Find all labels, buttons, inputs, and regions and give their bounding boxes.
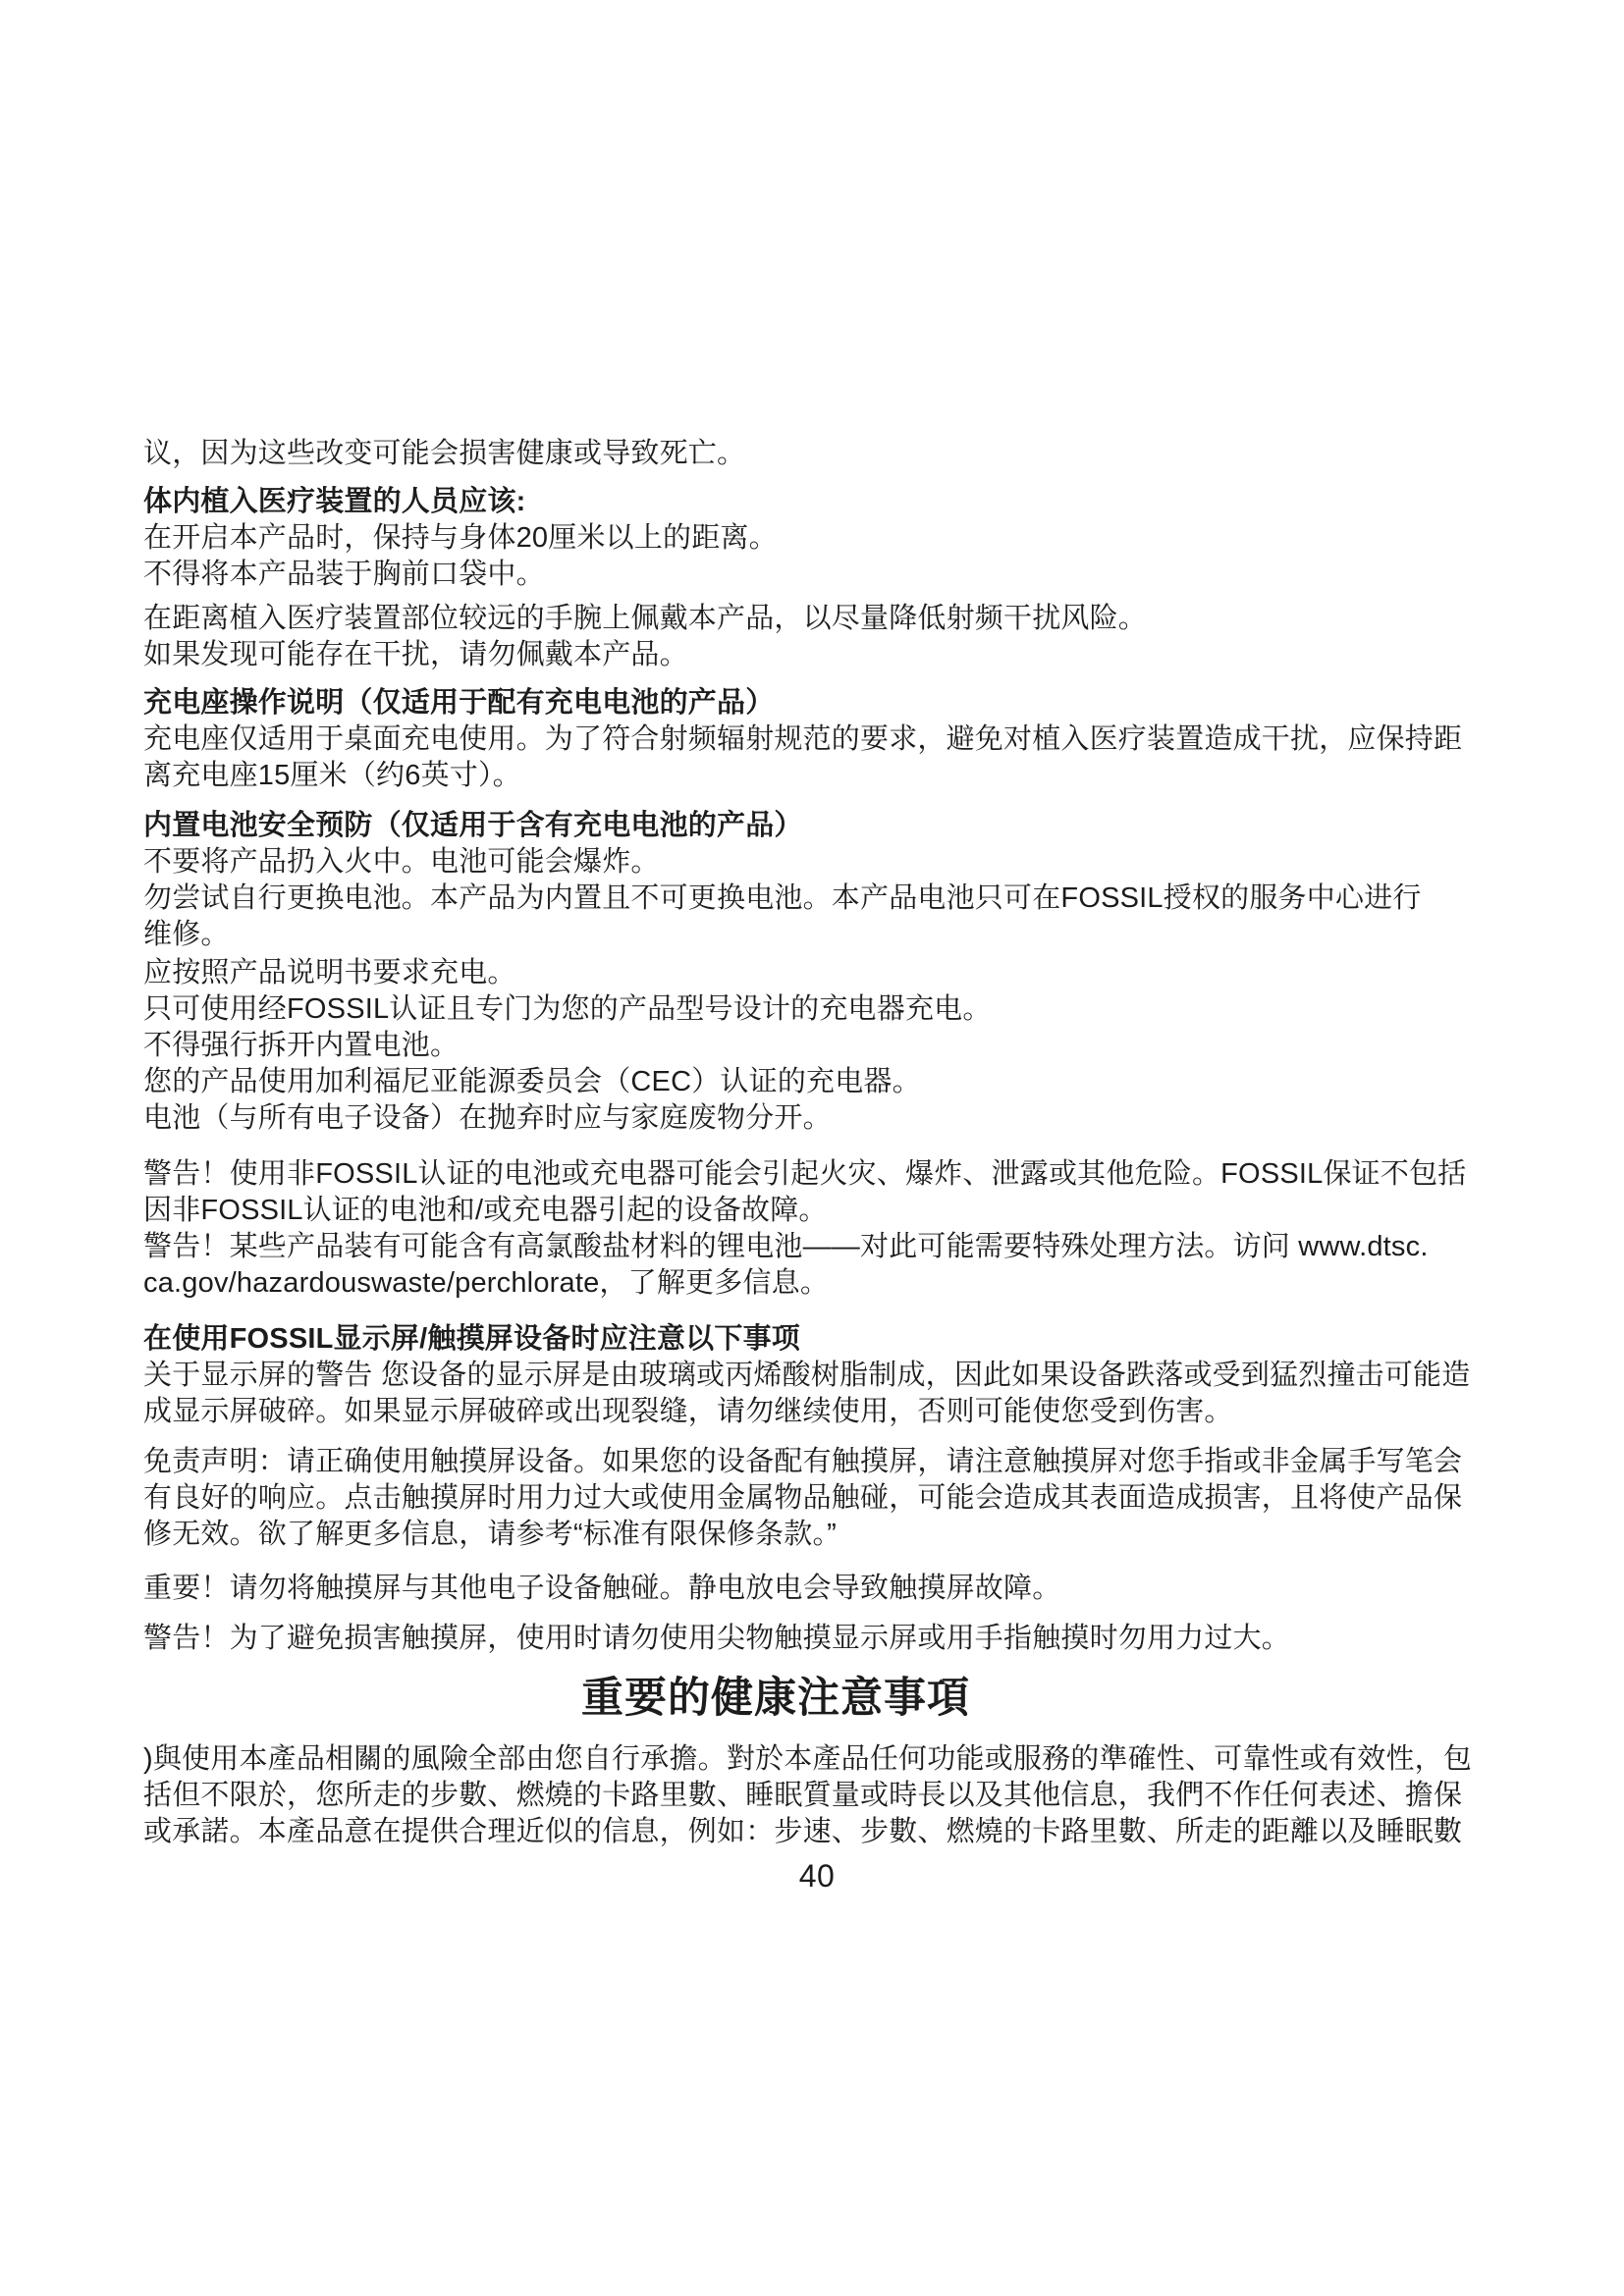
disclaimer-line: 有良好的响应。点击触摸屏时用力过大或使用金属物品触碰，可能会造成其表面造成损害，… <box>143 1480 1490 1517</box>
section-heading: 内置电池安全预防（仅适用于含有充电电池的产品） <box>143 808 1490 844</box>
body-line: 离充电座15厘米（约6英寸）。 <box>143 758 1490 794</box>
body-line: 在开启本产品时，保持与身体20厘米以上的距离。 <box>143 520 1490 557</box>
important-line: 重要！请勿将触摸屏与其他电子设备触碰。静电放电会导致触摸屏故障。 <box>143 1571 1490 1607</box>
body-line: 括但不限於，您所走的步數、燃燒的卡路里數、睡眠質量或時長以及其他信息，我們不作任… <box>143 1778 1490 1814</box>
section-heading: 在使用FOSSIL显示屏/触摸屏设备时应注意以下事项 <box>143 1321 1490 1358</box>
section-heading: 体内植入医疗装置的人员应该: <box>143 484 1490 520</box>
body-line: 电池（与所有电子设备）在抛弃时应与家庭废物分开。 <box>143 1100 1490 1137</box>
section-heading: 充电座操作说明（仅适用于配有充电电池的产品） <box>143 685 1490 721</box>
body-line: 在距离植入医疗装置部位较远的手腕上佩戴本产品，以尽量降低射频干扰风险。 <box>143 601 1490 637</box>
warning-line: 因非FOSSIL认证的电池和/或充电器引起的设备故障。 <box>143 1193 1490 1229</box>
body-line: 您的产品使用加利福尼亚能源委员会（CEC）认证的充电器。 <box>143 1064 1490 1100</box>
warning-line: ca.gov/hazardouswaste/perchlorate，了解更多信息… <box>143 1265 1490 1302</box>
page-content: 议，因为这些改变可能会损害健康或导致死亡。 体内植入医疗装置的人员应该: 在开启… <box>143 436 1490 1896</box>
body-line: 成显示屏破碎。如果显示屏破碎或出现裂缝，请勿继续使用，否则可能使您受到伤害。 <box>143 1394 1490 1430</box>
body-line: )與使用本產品相關的風險全部由您自行承擔。對於本產品任何功能或服務的準確性、可靠… <box>143 1741 1490 1778</box>
body-line: 维修。 <box>143 917 1490 953</box>
body-line: 不要将产品扔入火中。电池可能会爆炸。 <box>143 844 1490 881</box>
manual-page: 议，因为这些改变可能会损害健康或导致死亡。 体内植入医疗装置的人员应该: 在开启… <box>0 0 1624 2296</box>
body-line: 只可使用经FOSSIL认证且专门为您的产品型号设计的充电器充电。 <box>143 991 1490 1028</box>
health-notice-title: 重要的健康注意事項 <box>143 1671 1490 1726</box>
body-line: 议，因为这些改变可能会损害健康或导致死亡。 <box>143 436 1490 472</box>
body-line: 关于显示屏的警告 您设备的显示屏是由玻璃或丙烯酸树脂制成，因此如果设备跌落或受到… <box>143 1358 1490 1394</box>
disclaimer-line: 免责声明：请正确使用触摸屏设备。如果您的设备配有触摸屏，请注意触摸屏对您手指或非… <box>143 1444 1490 1480</box>
page-number: 40 <box>143 1856 1490 1896</box>
body-line: 应按照产品说明书要求充电。 <box>143 955 1490 991</box>
body-line: 充电座仅适用于桌面充电使用。为了符合射频辐射规范的要求，避免对植入医疗装置造成干… <box>143 721 1490 758</box>
warning-line: 警告！某些产品装有可能含有高氯酸盐材料的锂电池——对此可能需要特殊处理方法。访问… <box>143 1229 1490 1265</box>
disclaimer-line: 修无效。欲了解更多信息，请参考“标准有限保修条款。” <box>143 1517 1490 1553</box>
body-line: 或承諾。本產品意在提供合理近似的信息，例如：步速、步數、燃燒的卡路里數、所走的距… <box>143 1814 1490 1850</box>
warning-line: 警告！为了避免损害触摸屏，使用时请勿使用尖物触摸显示屏或用手指触摸时勿用力过大。 <box>143 1621 1490 1657</box>
body-line: 勿尝试自行更换电池。本产品为内置且不可更换电池。本产品电池只可在FOSSIL授权… <box>143 881 1490 917</box>
warning-line: 警告！使用非FOSSIL认证的电池或充电器可能会引起火灾、爆炸、泄露或其他危险。… <box>143 1156 1490 1193</box>
body-line: 不得将本产品装于胸前口袋中。 <box>143 557 1490 593</box>
body-line: 不得强行拆开内置电池。 <box>143 1028 1490 1064</box>
body-line: 如果发现可能存在干扰，请勿佩戴本产品。 <box>143 637 1490 673</box>
